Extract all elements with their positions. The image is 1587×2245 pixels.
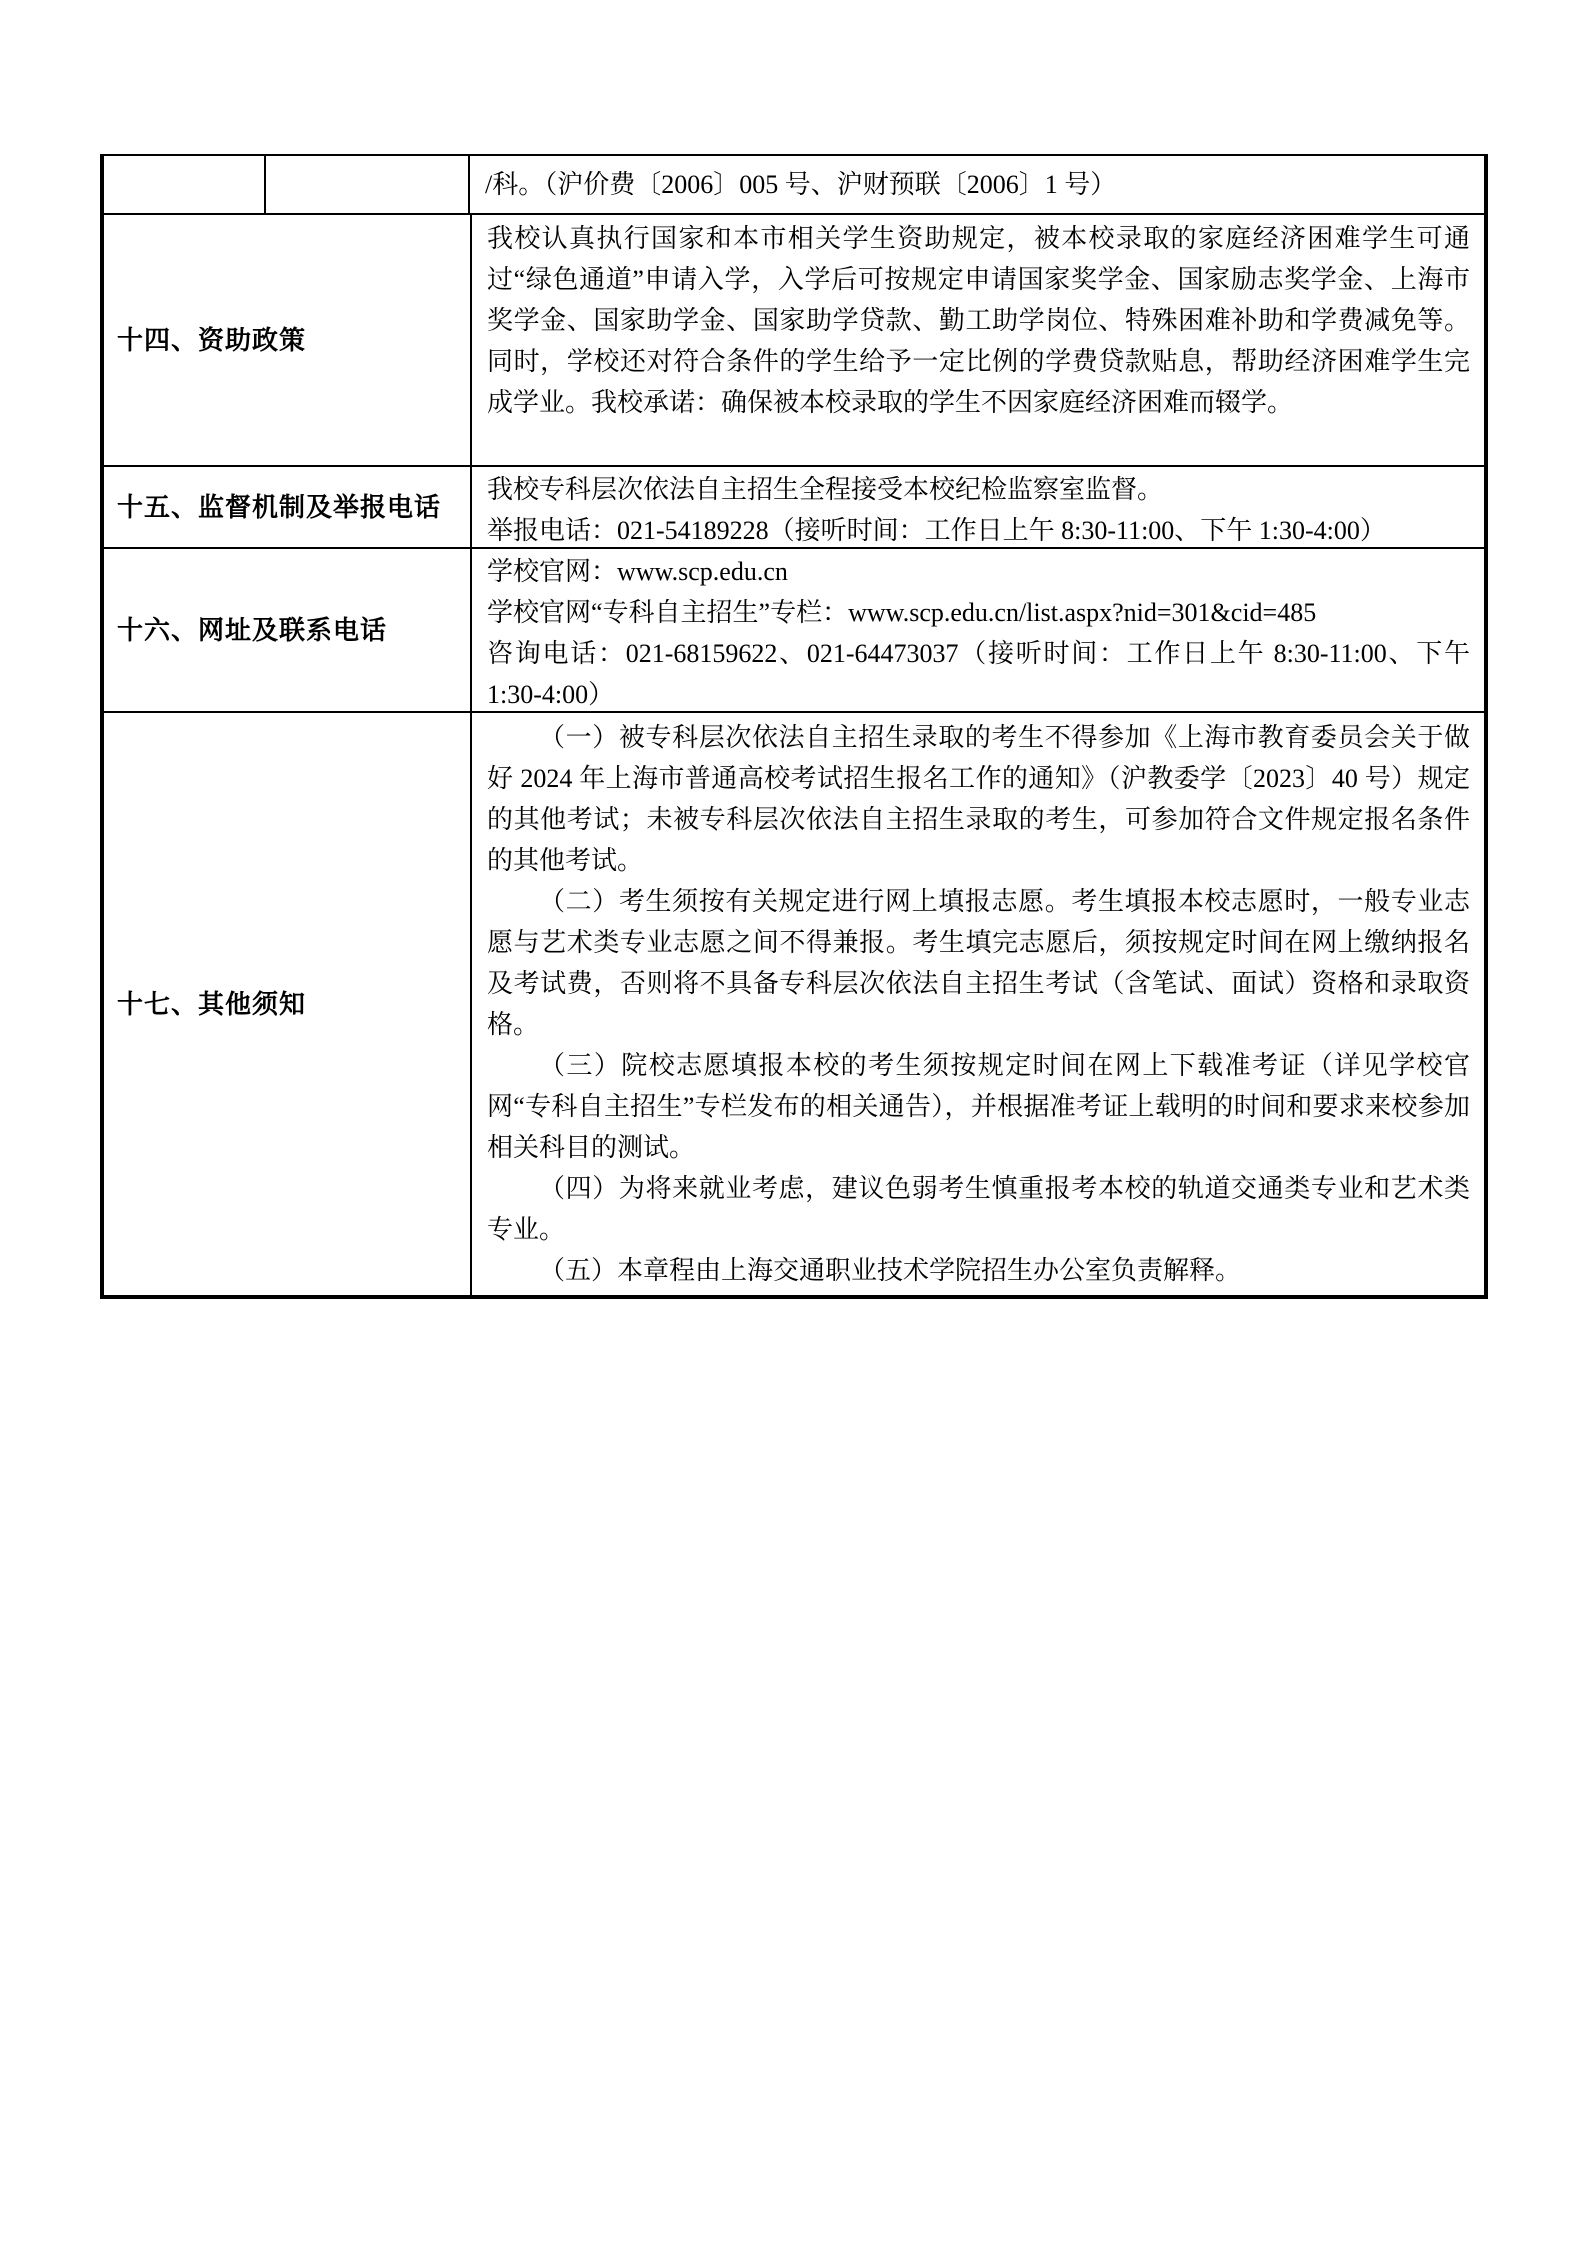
row-17-content: （一）被专科层次依法自主招生录取的考生不得参加《上海市教育委员会关于做好 202… bbox=[472, 713, 1484, 1295]
row-16-content: 学校官网：www.scp.edu.cn 学校官网“专科自主招生”专栏：www.s… bbox=[472, 549, 1484, 711]
row-15-paragraph-2: 举报电话：021-54189228（接听时间：工作日上午 8:30-11:00、… bbox=[487, 510, 1470, 547]
row-17-paragraph-2: （二）考生须按有关规定进行网上填报志愿。考生填报本校志愿时，一般专业志愿与艺术类… bbox=[487, 881, 1470, 1045]
table-row-15: 十五、监督机制及举报电话 我校专科层次依法自主招生全程接受本校纪检监察室监督。 … bbox=[104, 465, 1484, 547]
row-14-content: 我校认真执行国家和本市相关学生资助规定，被本校录取的家庭经济困难学生可通过“绿色… bbox=[472, 215, 1484, 465]
row-15-label: 十五、监督机制及举报电话 bbox=[104, 467, 472, 547]
table-row-17: 十七、其他须知 （一）被专科层次依法自主招生录取的考生不得参加《上海市教育委员会… bbox=[104, 711, 1484, 1295]
admissions-rules-table: /科。（沪价费〔2006〕005 号、沪财预联〔2006〕1 号） 十四、资助政… bbox=[100, 154, 1488, 1299]
table-row-fee-note: /科。（沪价费〔2006〕005 号、沪财预联〔2006〕1 号） bbox=[104, 156, 1484, 213]
row-14-label: 十四、资助政策 bbox=[104, 215, 472, 465]
row-17-paragraph-5: （五）本章程由上海交通职业技术学院招生办公室负责解释。 bbox=[487, 1250, 1470, 1291]
row-16-paragraph-2: 学校官网“专科自主招生”专栏：www.scp.edu.cn/list.aspx?… bbox=[487, 592, 1470, 633]
row-15-content: 我校专科层次依法自主招生全程接受本校纪检监察室监督。 举报电话：021-5418… bbox=[472, 467, 1484, 547]
row-16-paragraph-3: 咨询电话：021-68159622、021-64473037（接听时间：工作日上… bbox=[487, 633, 1470, 711]
fee-note-text: /科。（沪价费〔2006〕005 号、沪财预联〔2006〕1 号） bbox=[470, 156, 1484, 213]
row-17-paragraph-3: （三）院校志愿填报本校的考生须按规定时间在网上下载准考证（详见学校官网“专科自主… bbox=[487, 1045, 1470, 1168]
fee-row-empty-cell-right bbox=[266, 156, 470, 213]
row-17-label: 十七、其他须知 bbox=[104, 713, 472, 1295]
row-17-paragraph-1: （一）被专科层次依法自主招生录取的考生不得参加《上海市教育委员会关于做好 202… bbox=[487, 717, 1470, 881]
row-15-paragraph-1: 我校专科层次依法自主招生全程接受本校纪检监察室监督。 bbox=[487, 469, 1470, 510]
row-14-paragraph: 我校认真执行国家和本市相关学生资助规定，被本校录取的家庭经济困难学生可通过“绿色… bbox=[487, 218, 1470, 423]
row-17-paragraph-4: （四）为将来就业考虑，建议色弱考生慎重报考本校的轨道交通类专业和艺术类专业。 bbox=[487, 1168, 1470, 1250]
fee-row-empty-cell-left bbox=[104, 156, 266, 213]
table-row-14: 十四、资助政策 我校认真执行国家和本市相关学生资助规定，被本校录取的家庭经济困难… bbox=[104, 213, 1484, 465]
row-16-paragraph-1: 学校官网：www.scp.edu.cn bbox=[487, 551, 1470, 592]
row-16-label: 十六、网址及联系电话 bbox=[104, 549, 472, 711]
table-row-16: 十六、网址及联系电话 学校官网：www.scp.edu.cn 学校官网“专科自主… bbox=[104, 547, 1484, 711]
